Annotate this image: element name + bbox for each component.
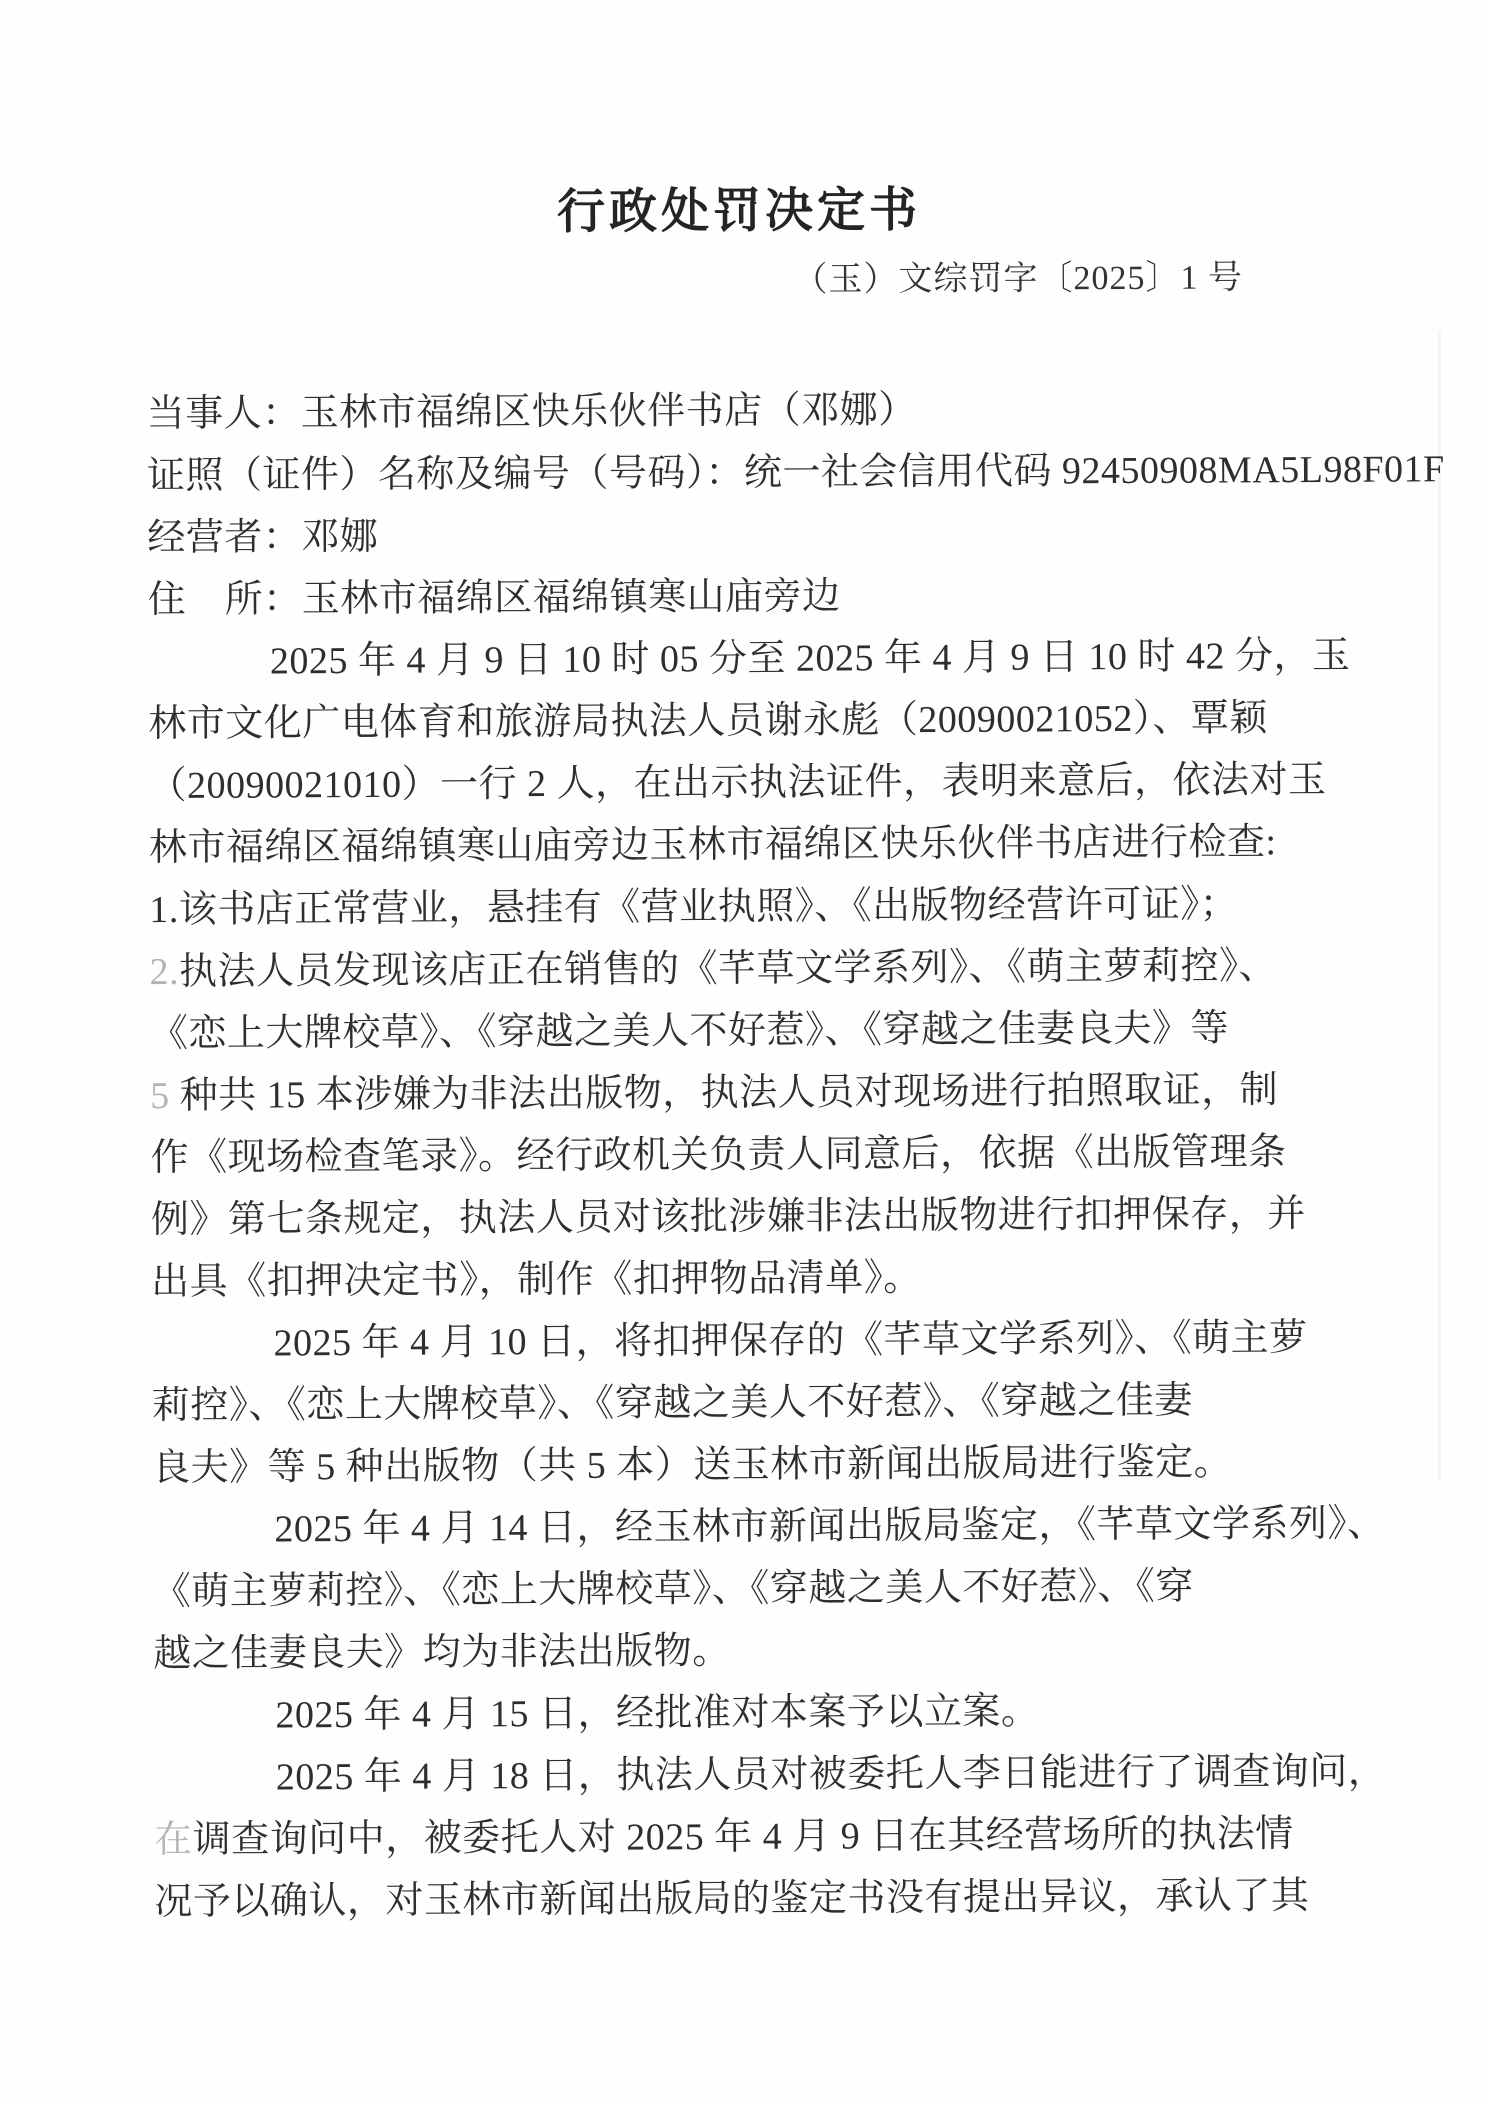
scanned-document-page: 行政处罚决定书 （玉）文综罚字〔2025〕1 号 当事人：玉林市福绵区快乐伙伴书… [0, 0, 1487, 2102]
document-line: 住 所：玉林市福绵区福绵镇寒山庙旁边 [147, 563, 1364, 631]
document-number: （玉）文综罚字〔2025〕1 号 [793, 249, 1243, 300]
document-line: 出具《扣押决定书》，制作《扣押物品清单》。 [151, 1245, 1368, 1313]
document-line: 2.执法人员发现该店正在销售的《芊草文学系列》、《萌主萝莉控》、 [149, 935, 1366, 1003]
faded-scan-text: 5 [150, 1075, 170, 1117]
faded-scan-text: 2. [149, 951, 179, 993]
document-line: 证照（证件）名称及编号（号码）：统一社会信用代码 92450908MA5L98F… [147, 439, 1364, 507]
document-line: （20090021010）一行 2 人，在出示执法证件，表明来意后，依法对玉 [148, 749, 1365, 817]
document-line: 林市文化广电体育和旅游局执法人员谢永彪（20090021052）、覃颖 [148, 687, 1365, 755]
document-line: 莉控》、《恋上大牌校草》、《穿越之美人不好惹》、《穿越之佳妻 [152, 1369, 1369, 1437]
document-line: 作《现场检查笔录》。经行政机关负责人同意后，依据《出版管理条 [150, 1121, 1367, 1189]
faded-scan-text: 在 [154, 1819, 193, 1861]
document-line: 良夫》等 5 种出版物（共 5 本）送玉林市新闻出版局进行鉴定。 [152, 1431, 1369, 1499]
document-line: 况予以确认，对玉林市新闻出版局的鉴定书没有提出异议，承认了其 [154, 1865, 1371, 1933]
document-line: 当事人：玉林市福绵区快乐伙伴书店（邓娜） [146, 377, 1363, 445]
document-title: 行政处罚决定书 [0, 168, 1483, 245]
document-line: 林市福绵区福绵镇寒山庙旁边玉林市福绵区快乐伙伴书店进行检查: [149, 811, 1366, 879]
document-line: 《萌主萝莉控》、《恋上大牌校草》、《穿越之美人不好惹》、《穿 [153, 1555, 1370, 1623]
document-line: 2025 年 4 月 14 日，经玉林市新闻出版局鉴定，《芊草文学系列》、 [152, 1493, 1369, 1561]
document-body: 当事人：玉林市福绵区快乐伙伴书店（邓娜）证照（证件）名称及编号（号码）：统一社会… [146, 377, 1371, 1933]
document-line: 2025 年 4 月 10 日，将扣押保存的《芊草文学系列》、《萌主萝 [151, 1307, 1368, 1375]
document-line: 越之佳妻良夫》均为非法出版物。 [153, 1617, 1370, 1685]
document-line: 例》第七条规定，执法人员对该批涉嫌非法出版物进行扣押保存，并 [151, 1183, 1368, 1251]
document-content: 行政处罚决定书 （玉）文综罚字〔2025〕1 号 当事人：玉林市福绵区快乐伙伴书… [0, 0, 1487, 2102]
document-line: 在调查询问中，被委托人对 2025 年 4 月 9 日在其经营场所的执法情 [154, 1803, 1371, 1871]
document-line: 2025 年 4 月 15 日，经批准对本案予以立案。 [153, 1679, 1370, 1747]
document-line: 5 种共 15 本涉嫌为非法出版物，执法人员对现场进行拍照取证，制 [150, 1059, 1367, 1127]
document-line: 《恋上大牌校草》、《穿越之美人不好惹》、《穿越之佳妻良夫》等 [150, 997, 1367, 1065]
document-line: 1.该书店正常营业，悬挂有《营业执照》、《出版物经营许可证》； [149, 873, 1366, 941]
document-line: 经营者：邓娜 [147, 501, 1364, 569]
document-line: 2025 年 4 月 9 日 10 时 05 分至 2025 年 4 月 9 日… [148, 625, 1365, 693]
document-line: 2025 年 4 月 18 日，执法人员对被委托人李日能进行了调查询问， [154, 1741, 1371, 1809]
